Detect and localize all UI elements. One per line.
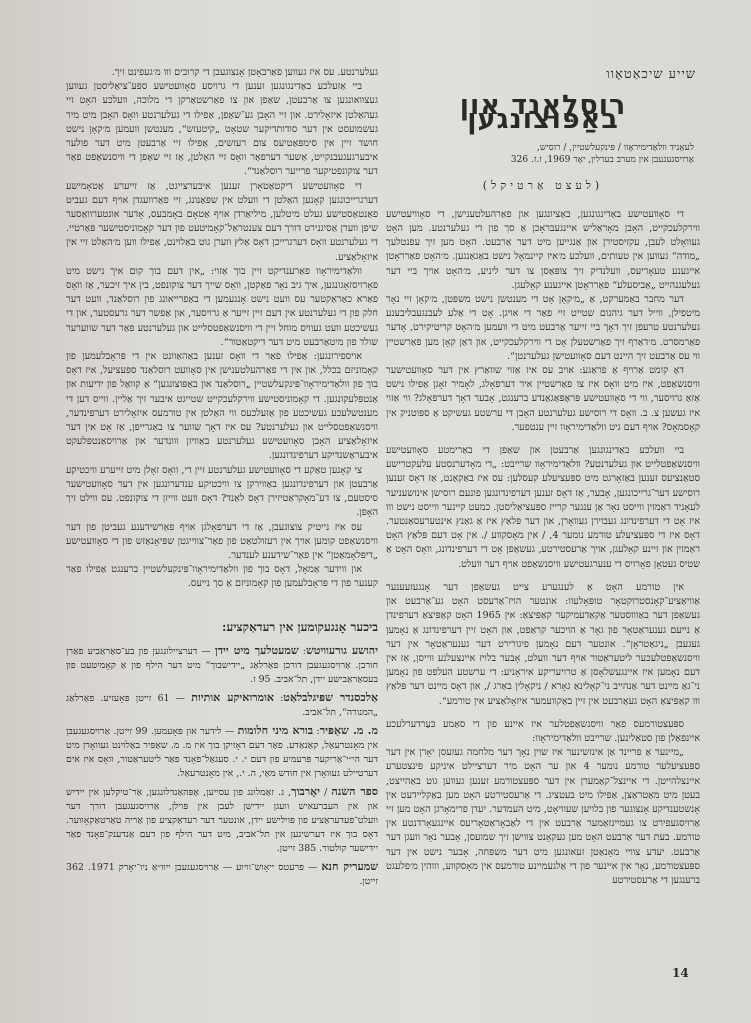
book-reference-line: אַרויסגעגעבן אין מערב בערלין, יאָר 1969,…: [386, 154, 700, 167]
paragraph: געלערנטע. עס איז געווען פאַרבאָטן אָנצוג…: [66, 66, 378, 80]
paragraph: אויספירונגען: אַפילו פאַר די וואָס זענען…: [66, 350, 378, 464]
book-title: שמעטלעך מיט יידן: [215, 644, 299, 657]
paragraph: צי קאָנען טאַקע די סאָוועטישע געלערנטע ז…: [66, 464, 378, 521]
page-number: 14: [672, 966, 689, 980]
book-author: מ. מ. שאַפּיר: [320, 724, 378, 737]
paragraph: עס איז נייטיק צוצוגעבן, אַז די דערפאָלגן…: [66, 521, 378, 564]
received-books-heading: ביכער אָנגעקומען אין רעדאַקציע:: [66, 620, 378, 634]
book-author: ספר השנה: [331, 785, 378, 798]
paragraph: אין טורמע האָט אַ לענגערע צייט געשאַפן ד…: [386, 581, 700, 709]
paragraph: דאָ קומט אַרויף אַ פראַגע: אויב עס איז א…: [386, 364, 700, 435]
paragraph: ביי וועלכע באַדינגונגען אַרבעטן און שאַפ…: [386, 444, 700, 572]
book-title: יאָרבוך: [291, 785, 320, 798]
article-subtitle: (לעצט אַרטיקל): [386, 179, 700, 193]
paragraph: ביי אַזעלכע באַדינגונגען זענען די גרויסע…: [66, 80, 378, 179]
received-book-entry: שמעריק חנא — פּרעטס ייאָוש־וויוע — אַרוי…: [66, 860, 378, 889]
right-column: שייע שיכאַטאָוו רוסלאַנד און באַפּוצונגע…: [386, 66, 700, 888]
book-author: אַלכסנדר שפּיגלבלאַט: [283, 691, 378, 704]
book-reference-line: לעאָניד וולאַדימיראָוו / פּינקעלשטיין, /…: [386, 142, 700, 155]
paragraph: די סאָוועטישע באַדינגונגען, באַציונגען א…: [386, 208, 700, 293]
left-column: געלערנטע. עס איז געווען פאַרבאָטן אָנצוג…: [66, 66, 378, 889]
received-book-entry: ספר השנה / יאָרבוך, ג. זאַמלונג פון עסיי…: [66, 785, 378, 856]
received-book-entry: יהושע גורעוויטש: שמעטלעך מיט יידן — דערצ…: [66, 644, 378, 687]
article-title: רוסלאַנד און באַפּוצונגען: [386, 99, 700, 127]
article-author: שייע שיכאַטאָוו: [386, 68, 700, 82]
scanned-page: געלערנטע. עס איז געווען פאַרבאָטן אָנצוג…: [0, 0, 751, 1023]
book-author: יהושע גורעוויטש: [306, 644, 378, 657]
paragraph: וולאַדימיראָוו פאַרענדיקט זיין בוך אַזוי…: [66, 265, 378, 350]
received-book-entry: אַלכסנדר שפּיגלבלאַט: אומרואיקע אותיות —…: [66, 691, 378, 720]
book-title: בורא מיני חלומות: [238, 724, 313, 737]
paragraph: דער מחבר באַמערקט, אַ „מ׳קאָן אָט די מענ…: [386, 293, 700, 364]
paragraph: די סאָוועטישע דיקטאַטאָרן זענען איבערציי…: [66, 180, 378, 265]
book-title: אומרואיקע אותיות: [191, 691, 274, 704]
received-book-entry: מ. מ. שאַפּיר: בורא מיני חלומות — לידער …: [66, 724, 378, 781]
book-author: שמעריק חנא: [321, 860, 378, 873]
paragraph: און ווידער אַמאָל, דאָס בוך פון וולאַדימ…: [66, 563, 378, 591]
paragraph: „מיינער אַ פריינד אַן אינזשינער איז שוין…: [386, 746, 700, 888]
paragraph: ספּעצטורמעס פאַר וויסנשאַפטלער איז איינע…: [386, 718, 700, 746]
